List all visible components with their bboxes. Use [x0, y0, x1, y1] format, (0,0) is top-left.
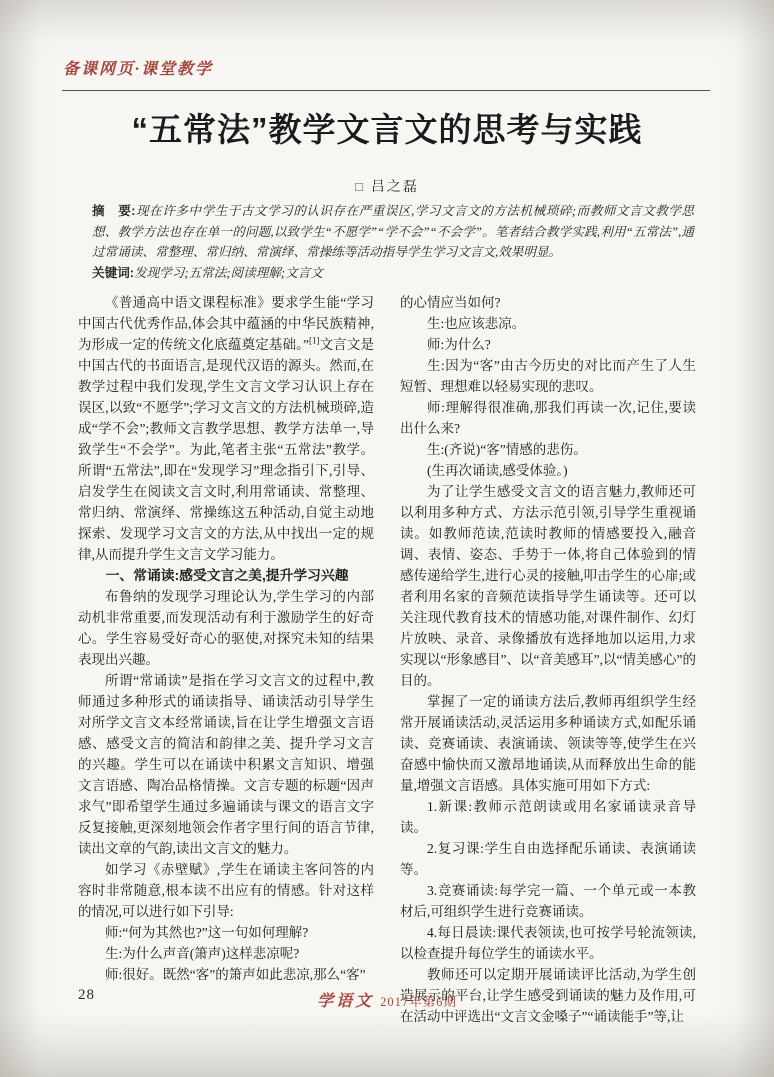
header-rule [62, 90, 710, 91]
list-item: 1.新课:教师示范朗读或用名家诵读录音导读。 [400, 796, 696, 838]
journal-issue: 2017年第6期 [380, 995, 457, 1009]
dialog-line: 生:(齐说)“客”情感的悲伤。 [400, 439, 696, 460]
section-heading: 一、常诵读:感受文言之美,提升学习兴趣 [78, 565, 374, 586]
article-body: 《普通高中语文课程标准》要求学生能“学习中国古代优秀作品,体会其中蕴涵的中华民族… [78, 292, 696, 1027]
dialog-line: 师:很好。既然“客”的箫声如此悲凉,那么“客” [78, 964, 374, 985]
paragraph: 为了让学生感受文言文的语言魅力,教师还可以利用多种方式、方法示范引领,引导学生重… [400, 481, 696, 691]
right-column: 的心情应当如何? 生:也应该悲凉。 师:为什么? 生:因为“客”由古今历史的对比… [400, 292, 696, 1027]
dialog-line: 师:“何为其然也?”这一句如何理解? [78, 922, 374, 943]
article-title: “五常法”教学文言文的思考与实践 [0, 104, 774, 151]
journal-footer: 学语文2017年第6期 [0, 988, 774, 1011]
paragraph: 如学习《赤壁赋》,学生在诵读主客问答的内容时非常随意,根本读不出应有的情感。针对… [78, 859, 374, 922]
author-name: 吕之磊 [371, 180, 419, 195]
dialog-line: 师:为什么? [400, 334, 696, 355]
author-line: □吕之磊 [0, 176, 774, 196]
author-box-icon: □ [355, 179, 365, 194]
keywords-label: 关键词: [92, 266, 134, 280]
list-item: 4.每日晨读:课代表领读,也可按学号轮流领读,以检查提升每位学生的诵读水平。 [400, 922, 696, 964]
dialog-line: 生:也应该悲凉。 [400, 313, 696, 334]
dialog-line: 生:因为“客”由古今历史的对比而产生了人生短暂、理想难以轻易实现的悲叹。 [400, 355, 696, 397]
citation-superscript: [1] [309, 336, 320, 346]
dialog-line: 师:理解得很准确,那我们再读一次,记住,要读出什么来? [400, 397, 696, 439]
abstract-text: 现在许多中学生于古文学习的认识存在严重误区,学习文言文的方法机械琐碎;而教师文言… [92, 204, 694, 259]
scanned-page: 备课网页·课堂教学 “五常法”教学文言文的思考与实践 □吕之磊 摘 要:现在许多… [0, 0, 774, 1077]
keywords-text: 发现学习;五常法;阅读理解;文言文 [134, 266, 323, 280]
list-item: 3.竞赛诵读:每学完一篇、一个单元或一本教材后,可组织学生进行竞赛诵读。 [400, 880, 696, 922]
keywords-paragraph: 关键词:发现学习;五常法;阅读理解;文言文 [92, 263, 694, 284]
dialog-line: 生:为什么声音(箫声)这样悲凉呢? [78, 943, 374, 964]
paragraph-text: 文言文是中国古代的书面语言,是现代汉语的源头。然而,在教学过程中我们发现,学生文… [78, 337, 374, 562]
left-column: 《普通高中语文课程标准》要求学生能“学习中国古代优秀作品,体会其中蕴涵的中华民族… [78, 292, 374, 1027]
paragraph: 《普通高中语文课程标准》要求学生能“学习中国古代优秀作品,体会其中蕴涵的中华民族… [78, 292, 374, 565]
paragraph: 掌握了一定的诵读方法后,教师再组织学生经常开展诵读活动,灵活运用多种诵读方式,如… [400, 691, 696, 796]
section-label: 备课网页·课堂教学 [63, 56, 213, 79]
journal-name: 学语文 [317, 993, 374, 1010]
list-item: 2.复习课:学生自由选择配乐诵读、表演诵读等。 [400, 838, 696, 880]
abstract-label: 摘 要: [92, 204, 136, 218]
abstract-paragraph: 摘 要:现在许多中学生于古文学习的认识存在严重误区,学习文言文的方法机械琐碎;而… [92, 201, 694, 263]
paragraph: 所谓“常诵读”是指在学习文言文的过程中,教师通过多种形式的诵读指导、诵读活动引导… [78, 670, 374, 859]
dialog-continuation: 的心情应当如何? [400, 292, 696, 313]
dialog-line: (生再次诵读,感受体验。) [400, 460, 696, 481]
paragraph: 布鲁纳的发现学习理论认为,学生学习的内部动机非常重要,而发现活动有利于激励学生的… [78, 586, 374, 670]
abstract-block: 摘 要:现在许多中学生于古文学习的认识存在严重误区,学习文言文的方法机械琐碎;而… [92, 201, 694, 283]
